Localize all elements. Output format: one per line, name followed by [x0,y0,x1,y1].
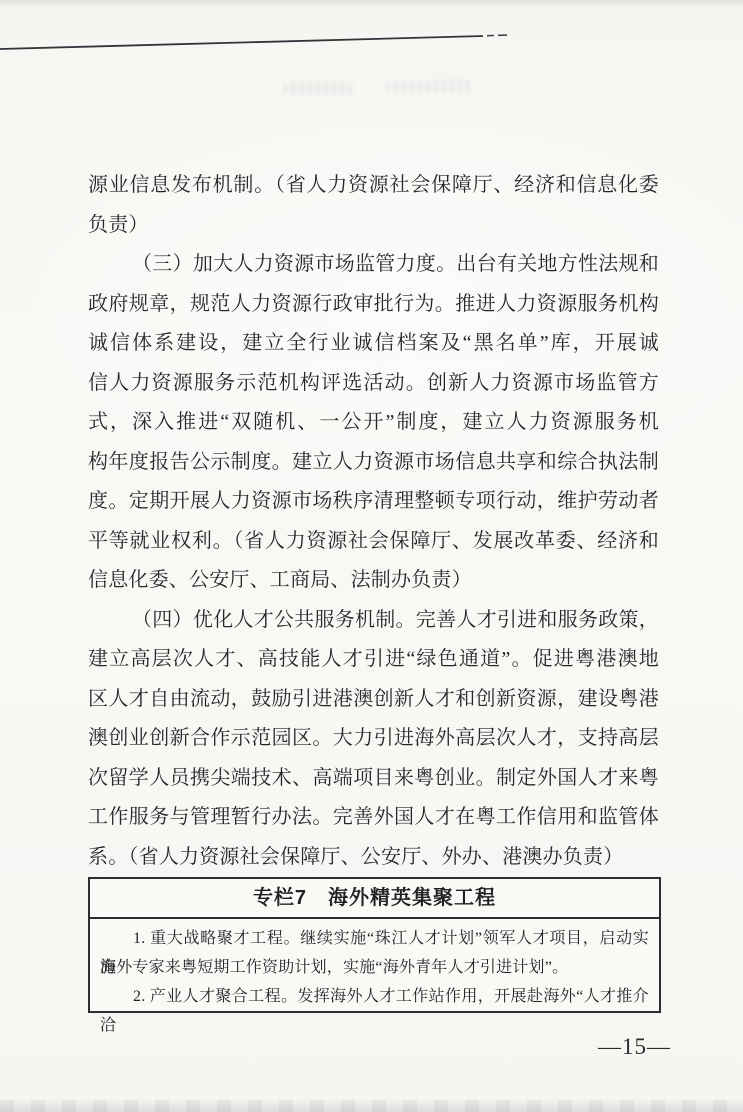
body-text-line: 源业信息发布机制。（省人力资源社会保障厅、经济和信息化委 [88,166,659,206]
callout-box-line: 1. 重大战略聚才工程。继续实施“珠江人才计划”领军人才项目，启动实施 [100,924,649,953]
bleed-through-smudge [284,82,352,95]
callout-box-line: 海外专家来粤短期工作资助计划，实施“海外青年人才引进计划”。 [100,953,649,982]
body-text-line: 诚信体系建设，建立全行业诚信档案及“黑名单”库，开展诚 [88,324,659,364]
top-rule [0,0,520,60]
body-text-line: 平等就业权利。（省人力资源社会保障厅、发展改革委、经济和 [88,522,659,562]
bleed-through-smudge [386,80,472,94]
body-text-line: 信息化委、公安厅、工商局、法制办负责） [88,561,659,601]
document-page: 源业信息发布机制。（省人力资源社会保障厅、经济和信息化委 负责） （三）加大人力… [0,0,743,1112]
body-text-line: 澳创业创新合作示范园区。大力引进海外高层次人才，支持高层 [88,719,659,759]
body-text-line: （四）优化人才公共服务机制。完善人才引进和服务政策， [88,601,659,641]
body-text-line: 系。（省人力资源社会保障厅、公安厅、外办、港澳办负责） [88,838,659,878]
callout-box-body: 1. 重大战略聚才工程。继续实施“珠江人才计划”领军人才项目，启动实施 海外专家… [90,919,659,1011]
bottom-scan-band [0,1100,743,1112]
body-text-line: 工作服务与管理暂行办法。完善外国人才在粤工作信用和监管体 [88,798,659,838]
body-text-line: 次留学人员携尖端技术、高端项目来粤创业。制定外国人才来粤 [88,759,659,799]
body-text-line: 负责） [88,206,659,246]
body-text-line: 式，深入推进“双随机、一公开”制度，建立人力资源服务机 [88,403,659,443]
body-text-line: 区人才自由流动，鼓励引进港澳创新人才和创新资源，建设粤港 [88,680,659,720]
body-text-line: 度。定期开展人力资源市场秩序清理整顿专项行动，维护劳动者 [88,482,659,522]
body-text-line: 政府规章，规范人力资源行政审批行为。推进人力资源服务机构 [88,285,659,325]
body-text-line: （三）加大人力资源市场监管力度。出台有关地方性法规和 [88,245,659,285]
callout-box-title: 专栏7 海外精英集聚工程 [90,879,659,919]
callout-box-line: 2. 产业人才聚合工程。发挥海外人才工作站作用，开展赴海外“人才推介洽 [100,982,649,1011]
body-text-line: 构年度报告公示制度。建立人力资源市场信息共享和综合执法制 [88,443,659,483]
body-text-line: 信人力资源服务示范机构评选活动。创新人力资源市场监管方 [88,364,659,404]
page-number: —15— [598,1034,671,1060]
body-text-line: 建立高层次人才、高技能人才引进“绿色通道”。促进粤港澳地 [88,640,659,680]
callout-box: 专栏7 海外精英集聚工程 1. 重大战略聚才工程。继续实施“珠江人才计划”领军人… [88,877,661,1013]
body-paragraphs: 源业信息发布机制。（省人力资源社会保障厅、经济和信息化委 负责） （三）加大人力… [88,166,659,877]
